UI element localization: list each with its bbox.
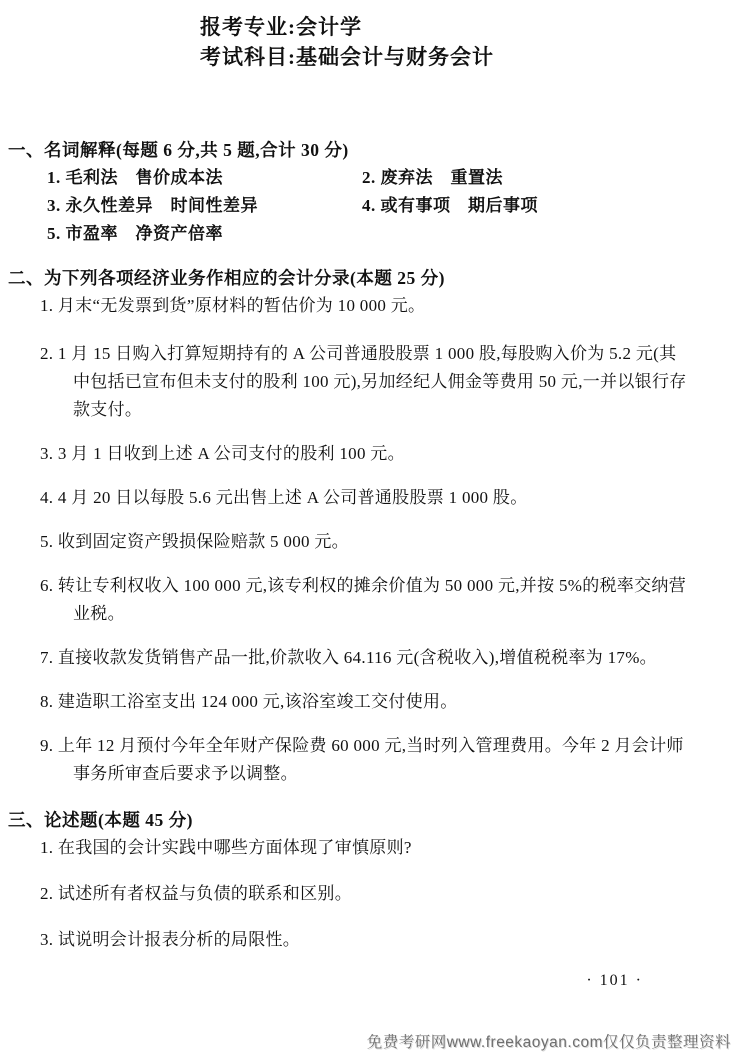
- exam-subject-title: 考试科目:基础会计与财务会计: [200, 42, 693, 72]
- journal-item-1: 1. 月末“无发票到货”原材料的暂估价为 10 000 元。: [40, 292, 693, 320]
- journal-item-8: 8. 建造职工浴室支出 124 000 元,该浴室竣工交付使用。: [40, 688, 693, 716]
- section3-heading: 三、论述题(本题 45 分): [8, 806, 693, 834]
- section1-heading: 一、名词解释(每题 6 分,共 5 题,合计 30 分): [8, 136, 693, 164]
- essay-item-2: 2. 试述所有者权益与负债的联系和区别。: [40, 880, 693, 908]
- journal-item-7: 7. 直接收款发货销售产品一批,价款收入 64.116 元(含税收入),增值税税…: [40, 644, 693, 672]
- term-item-2: 2. 废弃法 重置法: [362, 164, 693, 192]
- exam-major-title: 报考专业:会计学: [200, 12, 693, 42]
- terms-grid: 1. 毛利法 售价成本法 2. 废弃法 重置法 3. 永久性差异 时间性差异 4…: [47, 164, 693, 248]
- term-item-5: 5. 市盈率 净资产倍率: [47, 220, 362, 248]
- journal-item-2: 2. 1 月 15 日购入打算短期持有的 A 公司普通股股票 1 000 股,每…: [40, 340, 693, 424]
- journal-item-4: 4. 4 月 20 日以每股 5.6 元出售上述 A 公司普通股股票 1 000…: [40, 484, 693, 512]
- essay-item-1: 1. 在我国的会计实践中哪些方面体现了审慎原则?: [40, 834, 693, 862]
- journal-item-3: 3. 3 月 1 日收到上述 A 公司支付的股利 100 元。: [40, 440, 693, 468]
- term-item-3: 3. 永久性差异 时间性差异: [47, 192, 362, 220]
- exam-title-block: 报考专业:会计学 考试科目:基础会计与财务会计: [200, 12, 693, 72]
- journal-item-6: 6. 转让专利权收入 100 000 元,该专利权的摊余价值为 50 000 元…: [40, 572, 693, 628]
- section2-heading: 二、为下列各项经济业务作相应的会计分录(本题 25 分): [8, 264, 693, 292]
- section-term-definitions: 一、名词解释(每题 6 分,共 5 题,合计 30 分) 1. 毛利法 售价成本…: [8, 136, 693, 248]
- section-journal-entries: 二、为下列各项经济业务作相应的会计分录(本题 25 分) 1. 月末“无发票到货…: [8, 264, 693, 788]
- section-essay-questions: 三、论述题(本题 45 分) 1. 在我国的会计实践中哪些方面体现了审慎原则? …: [8, 806, 693, 954]
- journal-item-5: 5. 收到固定资产毁损保险赔款 5 000 元。: [40, 528, 693, 556]
- journal-item-9: 9. 上年 12 月预付今年全年财产保险费 60 000 元,当时列入管理费用。…: [40, 732, 693, 788]
- term-item-4: 4. 或有事项 期后事项: [362, 192, 693, 220]
- essay-item-3: 3. 试说明会计报表分析的局限性。: [40, 926, 693, 954]
- watermark-footer: 免费考研网www.freekaoyan.com仅仅负责整理资料: [367, 1030, 731, 1052]
- exam-page: 报考专业:会计学 考试科目:基础会计与财务会计 一、名词解释(每题 6 分,共 …: [0, 0, 731, 1054]
- term-item-1: 1. 毛利法 售价成本法: [47, 164, 362, 192]
- page-number: · 101 ·: [8, 972, 693, 990]
